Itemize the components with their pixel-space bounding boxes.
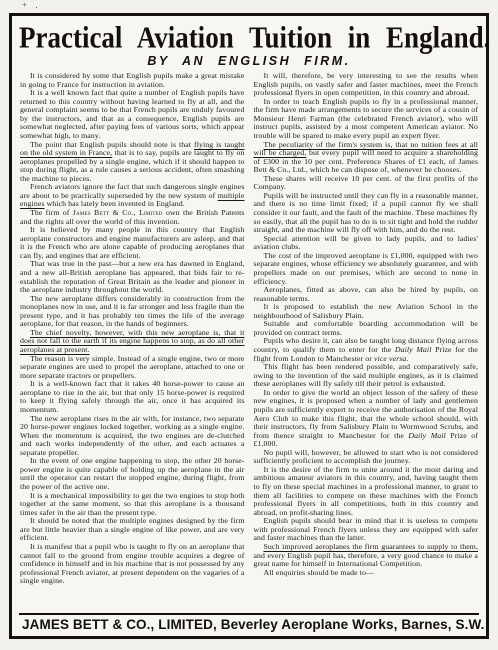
paragraph: These shares will receive 10 per cent. o… [254,175,479,192]
text-segment: Suitable and comfortable boarding accomm… [254,319,479,337]
paragraph: Special attention will be given to lady … [254,235,479,252]
paragraph: The new aeroplane differs considerably i… [20,295,245,329]
paragraph: It is a well-known fact that it takes 40… [20,380,245,414]
paragraph: That was true in the past—but a new era … [20,260,245,294]
paragraph: Such improved aeroplanes the firm guaran… [254,543,479,569]
text-segment: All enquiries should be made to— [264,568,374,577]
paragraph: It is manifest that a pupil who is taugh… [20,543,245,586]
footer-bar: JAMES BETT & CO., LIMITED, Beverley Aero… [19,613,479,636]
text-segment: That was true in the past—but a new era … [20,259,245,294]
text-segment: It is believed by many people in this co… [20,225,245,260]
text-segment: In order to teach English pupils to fly … [254,97,479,140]
text-segment: The new aeroplane rises in the air with,… [20,414,245,457]
paragraph: Aeroplanes, fitted as above, can also be… [254,286,479,303]
paragraph: The chief novelty, however, with this ne… [20,329,245,355]
paragraph: It is believed by many people in this co… [20,226,245,260]
text-segment: It is a well-known fact that it takes 40… [20,379,245,414]
paragraph: The reason is very simple. Instead of a … [20,355,245,381]
paragraph: French aviators ignore the fact that suc… [20,183,245,209]
paragraph: Pupils who desire it, can also be taught… [254,337,479,363]
text-segment: Daily Mail [408,431,445,440]
text-segment: It is a mechanical impossibility to get … [20,491,245,517]
text-segment: The new aeroplane differs considerably i… [20,294,245,329]
text-segment: English pupils should bear in mind that … [254,516,479,542]
paragraph: English pupils should bear in mind that … [254,517,479,543]
text-segment: It is considered by some that English pu… [20,71,245,89]
text-segment: It is proposed to establish the new Avia… [254,302,479,320]
scanned-advert-page: + . Practical Aviation Tuition in Englan… [0,0,498,650]
text-segment: French aviators ignore the fact that suc… [20,182,245,200]
paragraph: It is a mechanical impossibility to get … [20,492,245,518]
paragraph: In the event of one engine happening to … [20,457,245,491]
text-segment: It is manifest that a pupil who is taugh… [20,542,245,585]
text-segment: These shares will receive 10 per cent. o… [254,174,479,192]
paragraph: It is a well known fact that quite a num… [20,89,245,140]
company-name: JAMES BETT & CO., LIMITED, Beverley Aero… [22,617,484,632]
paragraph: The cost of the improved aeroplane is £1… [254,252,479,286]
paragraph: In order to teach English pupils to fly … [254,98,479,141]
right-column: It will, therefore, be very interesting … [254,72,479,613]
paragraph: In order to give the world an object les… [254,389,479,449]
paragraph: It is proposed to establish the new Avia… [254,303,479,320]
text-segment: Pupils will be instructed until they can… [254,191,479,234]
text-segment: and every English pupil has, therefore, … [254,551,479,569]
paragraph: The firm of James Bett & Co., Limited ow… [20,209,245,226]
paragraph: Pupils will be instructed until they can… [254,192,479,235]
text-segment: It will, therefore, be very interesting … [254,71,479,97]
print-artifact: + . [22,0,41,10]
paragraph: The new aeroplane rises in the air with,… [20,415,245,458]
advert-frame: Practical Aviation Tuition in England. B… [9,13,489,639]
left-column: It is considered by some that English pu… [20,72,245,613]
paragraph: Suitable and comfortable boarding accomm… [254,320,479,337]
text-segment: This flight has been rendered possible, … [254,362,479,388]
paragraph: The point that English pupils should not… [20,141,245,184]
text-segment: It should be noted that the multiple eng… [20,516,245,542]
ad-title: Practical Aviation Tuition in England. [19,20,479,55]
text-segment: In the event of one engine happening to … [20,456,245,491]
text-segment: No pupil will, however, be allowed to st… [254,448,479,466]
paragraph: It is the desire of the firm to unite ar… [254,466,479,517]
paragraph: All enquiries should be made to— [254,569,479,578]
text-segment: The reason is very simple. Instead of a … [20,354,245,380]
ad-subtitle: BY AN ENGLISH FIRM. [19,54,479,68]
text-segment: The cost of the improved aeroplane is £1… [254,251,479,286]
paragraph: It will, therefore, be very interesting … [254,72,479,98]
text-segment: The chief novelty, however, with this ne… [20,328,245,354]
paragraph: It is considered by some that English pu… [20,72,245,89]
text-segment: It is the desire of the firm to unite ar… [254,465,479,517]
paragraph: No pupil will, however, be allowed to st… [254,449,479,466]
text-segment: It is a well known fact that quite a num… [20,88,245,140]
body-columns: It is considered by some that English pu… [19,70,479,613]
text-segment: Aeroplanes, fitted as above, can also be… [254,285,479,303]
text-segment: Special attention will be given to lady … [254,234,479,252]
paragraph: It should be noted that the multiple eng… [20,517,245,543]
paragraph: This flight has been rendered possible, … [254,363,479,389]
paragraph: The peculiarity of the firm's system is,… [254,141,479,175]
